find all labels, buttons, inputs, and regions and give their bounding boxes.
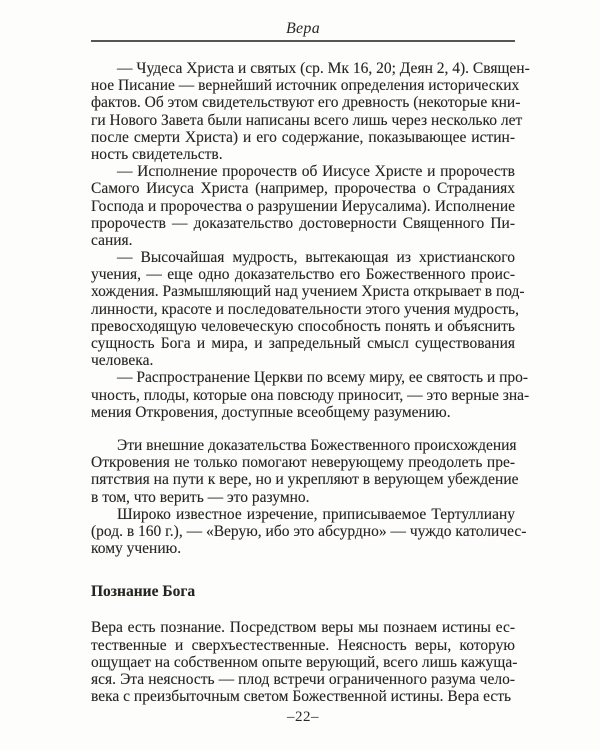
text-line: пророчеств — доказательство достоверност… [91, 215, 515, 232]
book-page: Вера — Чудеса Христа и святых (ср. Мк 16… [0, 0, 600, 750]
text-line: пятствия на пути к вере, но и укрепляют … [91, 471, 515, 488]
text-line: ное Писание — вернейший источник определ… [91, 77, 515, 94]
text-line: Вера есть познание. Посредством веры мы … [91, 619, 515, 636]
text-line: фактов. Об этом свидетельствуют его древ… [91, 94, 515, 111]
text-line: мения Откровения, доступные всеобщему ра… [91, 404, 515, 421]
paragraph: Эти внешние доказательства Божественного… [91, 437, 515, 506]
paragraph-gap [91, 600, 515, 619]
text-line: — Исполнение пророчеств об Иисусе Христе… [91, 163, 515, 180]
page-number: –22– [91, 709, 515, 726]
text-line: чность, плоды, которые она повсюду прино… [91, 387, 515, 404]
text-line: учения, — еще одно доказательство его Бо… [91, 266, 515, 283]
paragraph: Широко известное изречение, приписываемо… [91, 506, 515, 558]
text-line: — Распространение Церкви по всему миру, … [91, 369, 515, 386]
text-line: яся. Эта неясность — плод встречи ограни… [91, 671, 515, 688]
text-line: тественные и сверхъестественные. Неяснос… [91, 637, 515, 654]
text-line: Самого Иисуса Христа (например, пророчес… [91, 180, 515, 197]
running-head: Вера [91, 19, 515, 38]
section-heading: Познание Бога [91, 583, 515, 600]
paragraph: — Высочайшая мудрость, вытекающая из хри… [91, 249, 515, 369]
text-line: ги Нового Завета были написаны всего лиш… [91, 112, 515, 129]
text-line: — Высочайшая мудрость, вытекающая из хри… [91, 249, 515, 266]
text-line: Эти внешние доказательства Божественного… [91, 437, 515, 454]
text-line: кому учению. [91, 540, 515, 557]
text-line: ощущает на собственном опыте верующий, в… [91, 654, 515, 671]
text-line: Широко известное изречение, приписываемо… [91, 506, 515, 523]
paragraph-gap [91, 557, 515, 583]
text-line: линности, красоте и последовательности э… [91, 301, 515, 318]
text-line: сания. [91, 232, 515, 249]
text-line: человека. [91, 352, 515, 369]
text-line: сущность Бога и мира, и запредельный смы… [91, 335, 515, 352]
paragraph: — Исполнение пророчеств об Иисусе Христе… [91, 163, 515, 249]
text-line: — Чудеса Христа и святых (ср. Мк 16, 20;… [91, 60, 515, 77]
paragraph: Вера есть познание. Посредством веры мы … [91, 619, 515, 705]
text-line: ность свидетельств. [91, 146, 515, 163]
text-line: превосходящую человеческую способность п… [91, 318, 515, 335]
header-rule [91, 40, 515, 42]
text-line: Откровения не только помогают неверующем… [91, 454, 515, 471]
paragraph-gap [91, 421, 515, 437]
text-line: хождения. Размышляющий над учением Христ… [91, 283, 515, 300]
paragraph: — Распространение Церкви по всему миру, … [91, 369, 515, 421]
page-body: — Чудеса Христа и святых (ср. Мк 16, 20;… [91, 60, 515, 705]
paragraph: — Чудеса Христа и святых (ср. Мк 16, 20;… [91, 60, 515, 163]
text-line: века с преизбыточным светом Божественной… [91, 688, 515, 705]
text-line: (род. в 160 г.), — «Верую, ибо это абсур… [91, 523, 515, 540]
text-line: в том, что верить — это разумно. [91, 489, 515, 506]
text-line: после смерти Христа) и его содержание, п… [91, 129, 515, 146]
text-line: Господа и пророчества о разрушении Иерус… [91, 198, 515, 215]
